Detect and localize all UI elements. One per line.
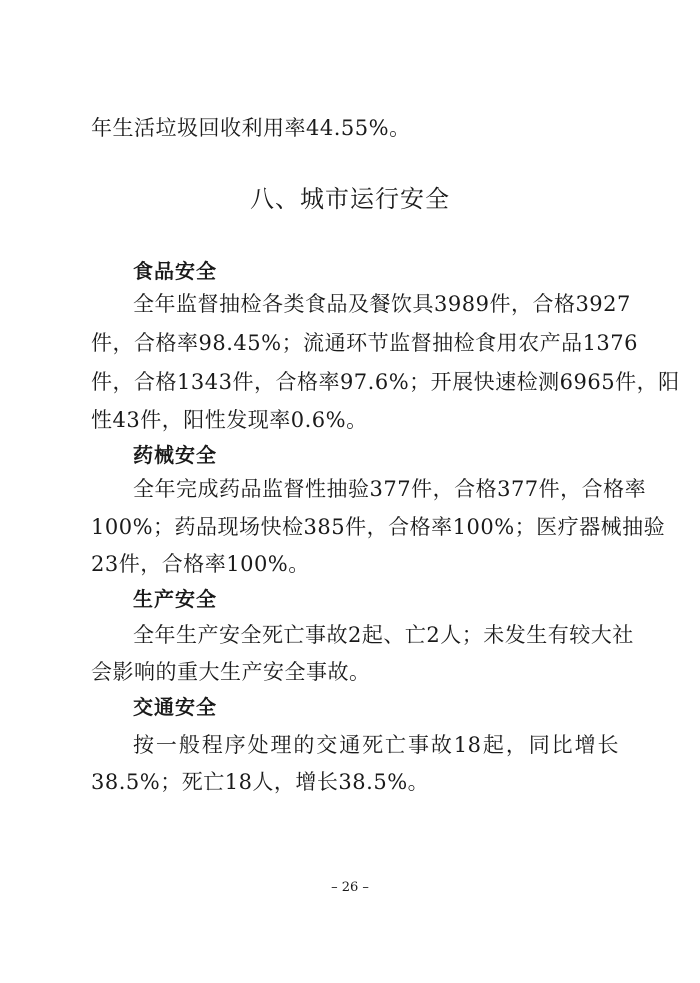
paragraph-line: 全年生产安全死亡事故2起、亡2人；未发生有较大社 xyxy=(133,620,619,650)
paragraph-line: 性43件，阳性发现率0.6%。 xyxy=(91,405,619,435)
paragraph-line: 100%；药品现场快检385件，合格率100%；医疗器械抽验 xyxy=(91,512,619,542)
paragraph-line: 件，合格率98.45%；流通环节监督抽检食用农产品1376 xyxy=(91,328,619,358)
paragraph-line: 件，合格1343件，合格率97.6%；开展快速检测6965件，阳 xyxy=(91,367,619,397)
page-number: – 26 – xyxy=(0,879,700,897)
section-title: 八、城市运行安全 xyxy=(0,183,700,215)
intro-line: 年生活垃圾回收利用率44.55%。 xyxy=(91,113,619,143)
paragraph-line: 23件，合格率100%。 xyxy=(91,549,619,579)
subsection-title-production-safety: 生产安全 xyxy=(133,585,217,613)
subsection-title-drug-safety: 药械安全 xyxy=(133,441,217,469)
subsection-title-food-safety: 食品安全 xyxy=(133,257,217,285)
document-page: 年生活垃圾回收利用率44.55%。 八、城市运行安全 食品安全 全年监督抽检各类… xyxy=(0,0,700,983)
paragraph-line: 38.5%；死亡18人，增长38.5%。 xyxy=(91,767,619,797)
paragraph-line: 全年监督抽检各类食品及餐饮具3989件，合格3927 xyxy=(133,289,619,319)
paragraph-line: 全年完成药品监督性抽验377件，合格377件，合格率 xyxy=(133,474,619,504)
paragraph-line: 按一般程序处理的交通死亡事故18起，同比增长 xyxy=(133,730,619,760)
subsection-title-traffic-safety: 交通安全 xyxy=(133,693,217,721)
paragraph-line: 会影响的重大生产安全事故。 xyxy=(91,657,619,687)
